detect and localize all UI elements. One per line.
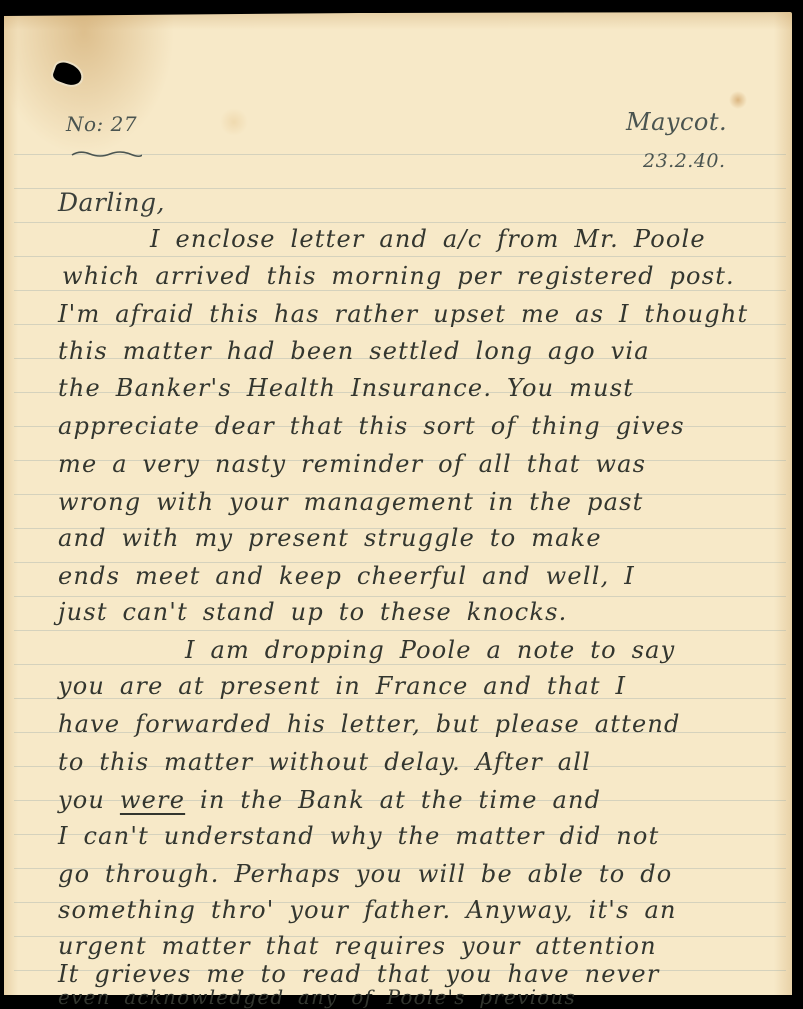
letter-line: I can't understand why the matter did no…: [58, 822, 659, 850]
letter-line: I am dropping Poole a note to say: [185, 636, 675, 664]
letter-line: appreciate dear that this sort of thing …: [58, 412, 685, 440]
letter-line: go through. Perhaps you will be able to …: [58, 860, 672, 888]
letter-line: something thro' your father. Anyway, it'…: [58, 896, 677, 924]
letter-line: this matter had been settled long ago vi…: [58, 337, 650, 365]
letter-line: me a very nasty reminder of all that was: [58, 450, 646, 478]
letter-line: urgent matter that requires your attenti…: [58, 932, 657, 960]
rule-line: [14, 222, 786, 223]
letter-line-with-emphasis: you were in the Bank at the time and: [58, 786, 601, 814]
letter-line: which arrived this morning per registere…: [62, 262, 735, 290]
rule-line: [14, 664, 786, 665]
letter-line: the Banker's Health Insurance. You must: [58, 374, 634, 402]
salutation: Darling,: [58, 188, 165, 217]
letter-date: 23.2.40.: [643, 150, 726, 172]
letter-line: ends meet and keep cheerful and well, I: [58, 562, 635, 590]
letter-line: I'm afraid this has rather upset me as I…: [58, 300, 748, 328]
letter-line: wrong with your management in the past: [58, 488, 643, 516]
underlined-word: were: [120, 786, 185, 814]
wavy-underline-icon: [70, 150, 142, 158]
letter-number: No: 27: [66, 112, 137, 136]
letter-line: and with my present struggle to make: [58, 524, 602, 552]
rule-line: [14, 630, 786, 631]
letter-line: I enclose letter and a/c from Mr. Poole: [150, 225, 706, 253]
letter-line: you are at present in France and that I: [58, 672, 626, 700]
rule-line: [14, 256, 786, 257]
text-fragment: you: [58, 786, 120, 814]
letter-line: It grieves me to read that you have neve…: [58, 960, 660, 988]
letter-place: Maycot.: [626, 108, 727, 136]
rule-line: [14, 596, 786, 597]
rule-line: [14, 290, 786, 291]
letter-line: to this matter without delay. After all: [58, 748, 591, 776]
letter-line: even acknowledged any of Poole's previou…: [58, 985, 576, 1000]
text-fragment: in the Bank at the time and: [185, 786, 601, 814]
letter-line: have forwarded his letter, but please at…: [58, 710, 681, 738]
letter-line: just can't stand up to these knocks.: [58, 598, 568, 626]
